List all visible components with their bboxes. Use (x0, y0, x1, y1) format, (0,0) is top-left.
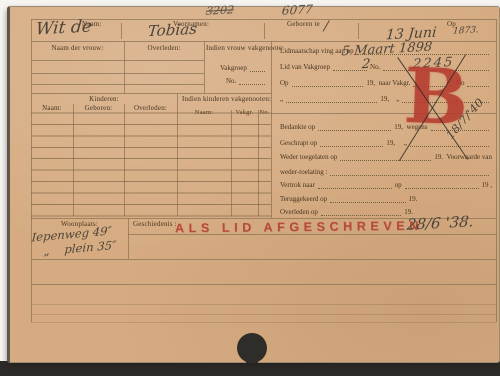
weder-toegelaten-row: Weder toegelaten op19. Voorwaarde van (280, 153, 492, 162)
vertrok-leader1 (318, 183, 392, 189)
teruggekeerd-suffix: . (416, 195, 418, 204)
vrouw-divider-1 (124, 41, 125, 93)
transfer2-ditto: „ (280, 95, 283, 104)
vrouw-no-row: No. (226, 77, 268, 86)
header-divider-1 (121, 23, 122, 39)
transfer1-leader1 (292, 81, 364, 87)
surname-handwriting: Wit de (35, 17, 93, 40)
firstname-handwriting: Tobias (147, 20, 198, 41)
transfer2-leader1 (286, 97, 377, 103)
weder-toelating-leader (330, 170, 489, 176)
afgeschreven-stamp: ALS LID AFGESCHREVEN (175, 219, 423, 236)
vertrok-label: Vertrok naar (280, 181, 315, 190)
vakgroep-number-handwriting: 2 (361, 57, 371, 72)
overleden-label: Overleden op (280, 208, 318, 217)
weder-leader1 (340, 155, 431, 161)
teruggekeerd-spacer (420, 198, 489, 203)
geschrapt-leader1 (320, 141, 383, 147)
naam-der-vrouw-label: Naam der vrouw: (31, 44, 124, 52)
vertrok-op: op (395, 181, 402, 190)
vrouw-vakgroep-label: Vakgroep (220, 64, 247, 73)
geschrapt-leader2 (410, 141, 489, 147)
scanner-background (0, 361, 500, 376)
vrouw-no-label: No. (226, 77, 236, 86)
teruggekeerd-row: Teruggekeerd op19. (280, 195, 492, 204)
header-divider-2 (264, 23, 265, 39)
transfer2-year: 19 (380, 95, 387, 104)
teruggekeerd-label: Teruggekeerd op (280, 195, 327, 204)
scanned-card-page: 3202 6077 Naam: Voornamen: Geboren te Op… (0, 0, 500, 376)
weder-toelating-row: weder-toelating : (280, 168, 492, 177)
geschiedenis-label: Geschiedenis : (133, 220, 177, 228)
header-divider-3 (358, 23, 359, 39)
birth-year-handwriting: 1873. (452, 25, 479, 36)
membership-index-card: 3202 6077 Naam: Voornamen: Geboren te Op… (7, 6, 500, 363)
transfer1-leader3 (467, 81, 489, 87)
weder-toelating-label: weder-toelating : (280, 168, 327, 177)
vrouw-row-line-1 (31, 60, 204, 61)
punch-hole-slot (246, 355, 258, 363)
vrouw-row-line-3 (31, 84, 204, 85)
new-card-number: 6077 (281, 2, 313, 18)
footer-divider (128, 218, 129, 259)
geboren-te-label: Geboren te (287, 20, 320, 28)
rule-right (496, 19, 497, 322)
transfer1-op: Op (280, 79, 289, 88)
vrouw-section-bottom-line (31, 93, 271, 94)
footer-faint-line-2 (31, 314, 496, 315)
geschrapt-suffix: , „ (393, 139, 407, 148)
overleden-leader1 (321, 210, 401, 216)
vertrok-year: 19 , (482, 181, 493, 190)
membership-no-label: No. (370, 63, 380, 72)
vrouw-row-line-2 (31, 73, 204, 74)
afgeschreven-date-handwriting: 28/6 '38. (406, 212, 474, 233)
geschiedenis-line-2 (31, 259, 496, 260)
footer-faint-line-1 (31, 304, 496, 305)
rule-center-divider (271, 41, 272, 218)
transfer2-naar: , „ (387, 95, 399, 104)
vrouw-divider-2 (204, 41, 205, 93)
geschrapt-label: Geschrapt op (280, 139, 317, 148)
vrouw-vakgroep-leader (250, 66, 265, 72)
vrouw-vakgroep-row: Vakgroep (220, 64, 268, 73)
teruggekeerd-leader1 (330, 197, 405, 203)
geschrapt-year: 19 (386, 139, 393, 148)
vertrok-leader2 (405, 183, 479, 189)
bedankte-leader1 (318, 125, 391, 131)
old-card-number: 3202 (205, 3, 234, 17)
bedankte-year: 19 (394, 123, 401, 132)
vrouw-overleden-label: Overleden: (124, 44, 204, 52)
teruggekeerd-year: 19 (409, 195, 416, 204)
footer-faint-line-3 (31, 322, 496, 323)
vrouw-no-leader (239, 79, 265, 85)
geboren-mark-handwriting: / (323, 19, 329, 34)
vrouw-vakgenoote-label: Indien vrouw vakgenoote: (206, 44, 269, 52)
geschiedenis-line-3 (31, 284, 496, 285)
weder-year: 19 (434, 153, 441, 162)
transfer1-year: 19 (366, 79, 373, 88)
lid-van-vakgroep-label: Lid van Vakgroep (280, 63, 330, 72)
children-table-ruled-rows (31, 102, 271, 217)
weder-label: Weder toegelaten op (280, 153, 337, 162)
bedankte-label: Bedankte op (280, 123, 315, 132)
vertrok-row: Vertrok naarop19 , (280, 181, 492, 190)
